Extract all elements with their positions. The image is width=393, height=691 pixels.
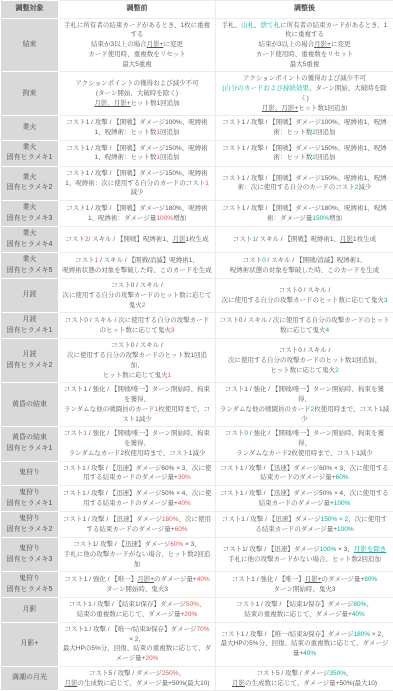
cell-text: (ターン開始、大破時を除く)	[96, 90, 178, 97]
cell-text: コスト1 / 攻撃 / 【唯一/結束3/保存】ダメージ	[64, 626, 196, 633]
target-name: 月影	[4, 605, 55, 616]
cell-line: カード使用時、重複数をリセット	[62, 50, 212, 60]
cell-line: コスト0 / スキル /	[62, 281, 212, 291]
cell-text: の生成数に応じて、ダメージ量+50%(最大10)	[77, 680, 209, 687]
target-name: 業火	[4, 173, 55, 184]
target-cell: 月読	[1, 279, 59, 313]
after-cell: コスト1 / 攻撃 / 【唯一/結束3/保存】ダメージ180% × 2、最大HP…	[216, 622, 393, 666]
cell-text: 、ターン開始、大破時を除く)	[300, 85, 387, 102]
before-cell: コスト1 / 攻撃 / 【開戦】ダメージ150%、呪縛術1、呪縛術：次に使用する…	[59, 166, 216, 200]
cell-line: コスト1 / 強化 / 【開戦/唯一】ターン開始時、拘束を獲得、	[219, 385, 390, 405]
cell-line: コスト1 / 攻撃 / 【開戦】ダメージ180%、呪縛術1、呪縛術：ダメージ量1…	[219, 204, 390, 224]
after-cell: コスト1 / 攻撃 / 【開戦】ダメージ150%、呪縛術1、呪縛術：ヒット数2回…	[216, 140, 393, 166]
cell-line: コスト5 / 攻撃 / ダメージ250%、	[62, 669, 212, 679]
target-cell: 鬼狩り固有ヒラメキ1	[1, 486, 59, 512]
cell-line: 最大5重複	[219, 60, 390, 70]
cell-line: コスト1 / 攻撃 / 【結束1/保存】ダメージ50%、	[62, 600, 212, 610]
cell-text: に変更	[163, 41, 183, 48]
cell-line: 月影、月影+ヒット数1回追加	[62, 99, 212, 109]
cell-text: コスト0 / スキル /	[111, 342, 163, 349]
cell-text: 1	[168, 372, 172, 379]
after-cell: コスト1/ 攻撃 / 【迅速】ダメージ100% × 3、月影を除き手札に他の攻撃…	[216, 538, 393, 572]
target-name: 固有ヒラメキ1	[4, 326, 55, 337]
cell-text: コスト1 / 攻撃 / 【結束1/保存】ダメージ	[236, 601, 353, 608]
target-name: 鬼狩り	[4, 544, 55, 555]
cell-line: カード使用時、重複数をリセット	[219, 50, 390, 60]
cell-text: ランダムな他の戦闘員のカード	[220, 406, 311, 413]
before-cell: コスト0 / スキル /次に使用する自分の攻撃カードのヒット数に応じて鬼火2	[59, 279, 216, 313]
table-row: 満潮の月光コスト5 / 攻撃 / ダメージ250%、月影の生成数に応じて、ダメー…	[1, 666, 393, 691]
cell-text: カード使用時、重複数をリセット	[256, 51, 353, 58]
cell-line: アクションポイントの獲得および減少不可	[62, 79, 212, 89]
card-link[interactable]: 月影+	[147, 41, 164, 48]
cell-line: コスト1 / 攻撃 / 【唯一/結束3/保存】ダメージ180% × 2、	[219, 630, 390, 640]
cell-line: コスト1 / 攻撃 / 【開戦】ダメージ180%、呪縛術1、呪縛術：ダメージ量1…	[62, 204, 212, 224]
target-cell: 業火固有ヒラメキ5	[1, 253, 59, 279]
cell-text: 次に使用する自分の攻撃カードのヒット数1回追加、	[228, 357, 381, 364]
cell-text: 60%	[336, 474, 349, 481]
cell-text: 1	[205, 180, 209, 187]
cell-text: コスト1 / 攻撃 / 【開戦】ダメージ180%、呪縛術1、呪縛術：ダメージ量	[222, 205, 387, 222]
target-name: 固有ヒラメキ5	[4, 266, 55, 277]
before-cell: コスト0 / スキル / 次に使用する自分の攻撃カードのヒット数に応じて鬼火3	[59, 313, 216, 339]
target-name: 月読	[4, 290, 55, 301]
cell-text: コスト1/ 攻撃 / 【迅速】ダメージ	[73, 541, 170, 548]
target-cell: 業火固有ヒラメキ1	[1, 140, 59, 166]
cell-text: 80%	[353, 601, 366, 608]
cell-line: (自分のカードおよび持続効果、ターン開始、大破時を除く)	[219, 84, 390, 104]
cell-text: × 2、	[370, 631, 388, 638]
cell-text: コスト5 / 攻撃 / ダメージ	[89, 670, 162, 677]
cell-text: 20%	[184, 611, 197, 618]
cell-text: コスト1 / 攻撃 / 【迅速】ダメージ	[222, 516, 321, 523]
before-cell: コスト1 / 強化 / 【開戦/唯一】ターン開始時、拘束を獲得、ランダムなカード…	[59, 427, 216, 461]
cell-text: ターン開始時、鬼火3	[106, 586, 168, 593]
cell-text: (自分のカードおよび持続効果	[222, 85, 309, 92]
cell-text: 100%	[320, 546, 337, 553]
cell-text: 20%	[145, 655, 158, 662]
table-row: 月影コスト1 / 攻撃 / 【結束1/保存】ダメージ50%、結束の重複数に応じて…	[1, 598, 393, 623]
before-cell: コスト1 / 攻撃 / 【開戦】ダメージ100%、呪縛術1、呪縛術：ヒット数1回…	[59, 116, 216, 141]
target-cell: 月読固有ヒラメキ2	[1, 339, 59, 383]
cell-text: / スキル / 【開戦】呪縛術1、	[256, 236, 340, 243]
cell-line: コスト1/ 攻撃 / 【迅速】ダメージ60% × 3、	[62, 540, 212, 550]
after-cell: コスト0 / スキル /次に使用する自分の攻撃カードのヒット数に応じて鬼火3	[216, 279, 393, 313]
cell-text: コスト5 / 攻撃 / ダメージ	[257, 670, 330, 677]
target-cell: 鬼狩り	[1, 461, 59, 486]
cell-line: コスト0 / スキル /	[219, 286, 390, 296]
cell-line: コスト1 / 攻撃 / 【開戦】ダメージ100%、呪縛術1、呪縛術：ヒット数2回…	[219, 118, 390, 138]
cell-line: コスト1 / 攻撃 / 【迅速】ダメージ50% × 4、次に使用する結束カードの…	[219, 489, 390, 509]
cell-text: ターン開始時、鬼火3	[274, 586, 336, 593]
cell-text: 回追加	[316, 129, 336, 136]
cell-line: 結束が3以上の場合月影+に変更	[219, 40, 390, 50]
cell-line: コスト0 / スキル / 【開戦/消滅】呪縛術1、	[219, 256, 390, 266]
cell-text: 手札に所有者の結束カードがあるとき、1枚に重複する	[64, 22, 210, 39]
target-name: 黄昏の結束	[4, 400, 55, 411]
cell-line: ランダムな他の戦闘員のカード2枚使用時まで、コスト1減少	[219, 405, 390, 425]
cell-line: 手札に所有者の結束カードがあるとき、1枚に重複する	[62, 21, 212, 41]
cell-text: 80%	[364, 576, 377, 583]
target-cell: 黄昏の結束	[1, 383, 59, 427]
before-cell: コスト1 / 強化 / 【唯一】月影+のダメージ量+40%ターン開始時、鬼火3	[59, 572, 216, 598]
cell-text: 3	[384, 297, 388, 304]
cell-text: コスト0 / スキル /	[279, 287, 331, 294]
cell-line: 結束が3以上の場合月影+に変更	[62, 40, 212, 50]
cell-line: コスト1 / 攻撃 / 【唯一/結束3/保存】ダメージ70% × 2、	[62, 625, 212, 645]
cell-line: 結束の重複数に応じて、ダメージ量+40%	[219, 610, 390, 620]
card-link[interactable]: 月影	[232, 680, 245, 687]
cell-text: コスト1 / 強化 / 【開戦/唯一】ターン開始時、拘束を獲得、	[64, 386, 210, 403]
header-adjust-target: 調整対象	[1, 1, 59, 19]
cell-line: コスト1 / 強化 / 【唯一】月影+のダメージ量+80%	[219, 575, 390, 585]
cell-line: 次に使用する自分の攻撃カードのヒット数に応じて鬼火2	[62, 291, 212, 311]
cell-text: × 3、	[336, 546, 354, 553]
cell-text: 手札、	[222, 22, 242, 29]
before-cell: コスト1 / 攻撃 / 【開戦】ダメージ150%、呪縛術1、呪縛術：ヒット数1回…	[59, 140, 216, 166]
before-cell: コスト1 / スキル / 【開戦/消滅】呪縛術1、呪縛術状態の対象を撃破した時、…	[59, 253, 216, 279]
cell-text: コスト1 / 攻撃 / 【開戦】ダメージ180%、呪縛術1、呪縛術：ダメージ量	[66, 205, 207, 222]
cell-text: コスト	[233, 236, 253, 243]
cell-text: 手札に他の攻撃カードがない場合、ヒット数2回追加	[228, 556, 381, 563]
target-name: 鬼狩り	[4, 488, 55, 499]
cell-text: コスト	[64, 430, 84, 437]
cell-text: 増加	[173, 215, 186, 222]
cell-text: コスト0 / スキル /	[279, 347, 331, 354]
cell-line: コスト1 / 攻撃 / 【迅速】ダメージ60% × 3、次に使用する結束カードの…	[219, 464, 390, 484]
cell-text: / スキル / 【開戦/消滅】呪縛術1、	[266, 257, 367, 264]
cell-text: 100%	[156, 215, 173, 222]
table-row: 鬼狩り固有ヒラメキ1コスト1 / 攻撃 / 【迅速】ダメージ50% × 4、次に…	[1, 486, 393, 512]
table-row: 月読固有ヒラメキ2コスト0 / スキル /次に使用する自分の攻撃カードのヒット数…	[1, 339, 393, 383]
target-name: 固有ヒラメキ2	[4, 525, 55, 536]
card-link[interactable]: 月影、月影+	[262, 105, 298, 112]
table-row: 業火固有ヒラメキ2コスト1 / 攻撃 / 【開戦】ダメージ150%、呪縛術1、呪…	[1, 166, 393, 200]
cell-text: 最大HPの5%分、回復、結束の重複数に応じて、ダメージ量+	[63, 645, 211, 662]
target-name: 固有ヒラメキ1	[4, 499, 55, 510]
before-cell: コスト1 / 攻撃 / 【結束1/保存】ダメージ50%、結束の重複数に応じて、ダ…	[59, 598, 216, 623]
cell-text: 40%	[303, 650, 316, 657]
before-cell: アクションポイントの獲得および減少不可(ターン開始、大破時を除く)月影、月影+ヒ…	[59, 72, 216, 116]
table-row: 業火固有ヒラメキ3コスト1 / 攻撃 / 【開戦】ダメージ180%、呪縛術1、呪…	[1, 201, 393, 227]
after-cell: コスト5 / 攻撃 / ダメージ350%、月影の生成数に応じて、ダメージ量+50…	[216, 666, 393, 691]
cell-text: × 2、	[129, 636, 145, 643]
cell-text: 150%	[312, 215, 329, 222]
table-row: 鬼狩り固有ヒラメキ5コスト1 / 強化 / 【唯一】月影+のダメージ量+40%タ…	[1, 572, 393, 598]
adjustment-table: 調整対象 調整前 調整後 結束手札に所有者の結束カードがあるとき、1枚に重複する…	[0, 0, 393, 691]
cell-text: 180%	[162, 516, 179, 523]
before-cell: コスト1 / 攻撃 / 【迅速】ダメージ50% × 4、次に使用する結束カードの…	[59, 486, 216, 512]
cell-line: コスト0 / スキル / 次に使用する自分の攻撃カードのヒット数に応じて鬼火3	[62, 316, 212, 336]
cell-line: 最大HPの5%分、回復、結束の重複数に応じて、ダメージ量+20%	[62, 644, 212, 664]
cell-text: 回追加	[160, 154, 180, 161]
cell-line: コスト1 / 攻撃 / 【開戦】ダメージ100%、呪縛術1、呪縛術：ヒット数1回…	[62, 118, 212, 138]
cell-text: コスト1 / 攻撃 / 【開戦】ダメージ100%、呪縛術1、呪縛術：ヒット数	[222, 119, 387, 136]
cell-text: コスト1 / 攻撃 / 【迅速】ダメージ	[63, 516, 162, 523]
cell-text: 山札、捨て札	[241, 22, 280, 29]
table-row: 結束手札に所有者の結束カードがあるとき、1枚に重複する結束が3以上の場合月影+に…	[1, 18, 393, 72]
cell-line: 月影の生成数に応じて、ダメージ量+50%(最大10)	[62, 679, 212, 689]
table-row: 業火固有ヒラメキ1コスト1 / 攻撃 / 【開戦】ダメージ150%、呪縛術1、呪…	[1, 140, 393, 166]
cell-text: ランダムなカード2枚使用時まで、コスト1減少	[69, 450, 206, 457]
cell-line: 最大5重複	[62, 60, 212, 70]
target-name: 業火	[4, 123, 55, 134]
after-cell: コスト0 / スキル /次に使用する自分の攻撃カードのヒット数1回追加、ヒット数…	[216, 339, 393, 383]
cell-text: 最大5重複	[122, 61, 152, 68]
cell-line: ヒット数に応じて鬼火2	[219, 366, 390, 376]
cell-text: 結束の重複数に応じて、ダメージ量+	[244, 611, 352, 618]
before-cell: コスト1 / 強化 / 【開戦/唯一】ターン開始時、拘束を獲得、ランダムな他の戦…	[59, 383, 216, 427]
before-cell: コスト0 / スキル /次に使用する自分の攻撃カードのヒット数1回追加、ヒット数…	[59, 339, 216, 383]
target-cell: 満潮の月光	[1, 666, 59, 691]
before-cell: コスト1 / 攻撃 / 【迅速】ダメージ180%、次に使用する結束カードのダメー…	[59, 512, 216, 538]
table-row: 月読コスト0 / スキル /次に使用する自分の攻撃カードのヒット数に応じて鬼火2…	[1, 279, 393, 313]
cell-line: コスト1 / スキル / 【開戦/消滅】呪縛術1、	[62, 256, 212, 266]
target-name: 鬼狩り	[4, 468, 55, 479]
cell-line: コスト1 / 強化 / 【開戦/唯一】ターン開始時、拘束を獲得、	[62, 385, 212, 405]
cell-text: コスト	[65, 236, 85, 243]
cell-line: コスト0 / 強化 / 【開戦/唯一】ターン開始時、拘束を獲得、	[219, 429, 390, 449]
cell-text: 増加	[329, 215, 342, 222]
cell-line: コスト2/ スキル / 【開戦】呪縛術1、月影1枚生成	[62, 235, 212, 245]
cell-text: 枚使用時まで、コスト1減少	[301, 406, 389, 423]
cell-text: 250%	[162, 670, 179, 677]
after-cell: アクションポイントの獲得および減少不可(自分のカードおよび持続効果、ターン開始、…	[216, 72, 393, 116]
cell-text: / スキル / 【開戦】呪縛術1、	[88, 236, 172, 243]
cell-line: 手札、山札、捨て札に所有者の結束カードがあるとき、1枚に重複する	[219, 21, 390, 41]
cell-text: 、	[199, 601, 206, 608]
cell-text: 30%	[178, 474, 191, 481]
target-name: 拘束	[4, 89, 55, 100]
table-row: 業火固有ヒラメキ4コスト2/ スキル / 【開戦】呪縛術1、月影1枚生成コスト1…	[1, 227, 393, 253]
table-row: 黄昏の結束固有ヒラメキ1コスト1 / 強化 / 【開戦/唯一】ターン開始時、拘束…	[1, 427, 393, 461]
target-name: 月読	[4, 350, 55, 361]
cell-text: 呪縛術状態の対象を撃破した時、このカードを生成	[62, 267, 212, 274]
cell-text: 回追加	[316, 154, 336, 161]
cell-text: ランダムなカード2枚使用時まで、コスト1減少	[236, 450, 373, 457]
cell-text: 100%	[337, 526, 354, 533]
after-cell: コスト1 / 攻撃 / 【迅速】ダメージ150% × 2、次に使用する結束カード…	[216, 512, 393, 538]
cell-text: アクションポイントの獲得および減少不可	[75, 80, 198, 87]
target-name: 業火	[4, 255, 55, 266]
cell-text: 3	[171, 327, 175, 334]
before-cell: コスト1/ 攻撃 / 【迅速】ダメージ60% × 3、手札に他の攻撃カードがない…	[59, 538, 216, 572]
after-cell: コスト0 / スキル / 次に使用する自分の攻撃カードのヒット数に応じて鬼火4	[216, 313, 393, 339]
card-link[interactable]: 月影	[340, 236, 353, 243]
cell-text: 最大5重複	[290, 61, 320, 68]
cell-line: 次に使用する自分の攻撃カードのヒット数に応じて鬼火3	[219, 296, 390, 306]
target-cell: 結束	[1, 18, 59, 72]
target-name: 固有ヒラメキ3	[4, 214, 55, 225]
before-cell: コスト1 / 攻撃 / 【迅速】ダメージ60% × 3、次に使用する結束カードの…	[59, 461, 216, 486]
cell-text: コスト	[225, 430, 245, 437]
target-name: 満潮の月光	[4, 673, 55, 684]
cell-text: × 3、	[183, 541, 201, 548]
cell-line: コスト0 / スキル / 次に使用する自分の攻撃カードのヒット数に応じて鬼火4	[219, 316, 390, 336]
cell-text: 結束が3以上の場合	[91, 41, 147, 48]
cell-line: コスト1 / 攻撃 / 【迅速】ダメージ50% × 4、次に使用する結束カードの…	[62, 489, 212, 509]
target-cell: 業火固有ヒラメキ4	[1, 227, 59, 253]
cell-text: ヒット数に応じて鬼火	[270, 367, 335, 374]
target-cell: 業火固有ヒラメキ2	[1, 166, 59, 200]
cell-text: のダメージ量+	[322, 576, 365, 583]
after-cell: コスト1 / 攻撃 / 【迅速】ダメージ60% × 3、次に使用する結束カードの…	[216, 461, 393, 486]
cell-line: コスト0 / スキル /	[62, 341, 212, 351]
cell-text: / スキル / 【開戦/消滅】呪縛術1、	[98, 257, 199, 264]
target-cell: 月影+	[1, 622, 59, 666]
cell-text: ヒット数に応じて鬼火	[103, 372, 168, 379]
cell-line: コスト1 / 攻撃 / 【迅速】ダメージ60% × 3、次に使用する結束カードの…	[62, 464, 212, 484]
cell-text: コスト1 / 攻撃 / 【開戦】ダメージ150%、呪縛術1、呪縛術：ヒット数	[66, 145, 207, 162]
card-link[interactable]: 月影、月影+	[94, 100, 130, 107]
after-cell: コスト1/ スキル / 【開戦】呪縛術1、月影1枚生成	[216, 227, 393, 253]
target-name: 固有ヒラメキ2	[4, 361, 55, 372]
cell-line: ランダムなカード2枚使用時まで、コスト1減少	[219, 449, 390, 459]
after-cell: コスト0 / スキル / 【開戦/消滅】呪縛術1、呪縛術状態の対象を撃破した時、…	[216, 253, 393, 279]
cell-line: コスト1 / 攻撃 / 【開戦】ダメージ150%、呪縛術1、呪縛術：次に使用する…	[219, 174, 390, 194]
cell-text: 結束の重複数に応じて、ダメージ量+	[77, 611, 185, 618]
cell-text: 4	[325, 327, 329, 334]
cell-text: に変更	[331, 41, 351, 48]
after-cell: コスト1 / 強化 / 【唯一】月影+のダメージ量+80%ターン開始時、鬼火3	[216, 572, 393, 598]
cell-line: 次に使用する自分の攻撃カードのヒット数1回追加、	[219, 356, 390, 366]
cell-text: / 強化 / 【開戦/唯一】ターン開始時、拘束を獲得、	[248, 430, 384, 447]
cell-text: 150% × 2	[321, 516, 349, 523]
cell-text: / 強化 / 【開戦/唯一】ターン開始時、拘束を獲得、	[87, 430, 210, 447]
cell-text: コスト1 / 攻撃 / 【迅速】ダメージ50% × 4、次に使用する結束カードの…	[220, 490, 388, 507]
cell-text: 、	[178, 670, 185, 677]
card-link[interactable]: 月影+	[314, 41, 331, 48]
cell-line: 呪縛術状態の対象を撃破した時、このカードを生成	[62, 266, 212, 276]
table-row: 拘束アクションポイントの獲得および減少不可(ターン開始、大破時を除く)月影、月影…	[1, 72, 393, 116]
target-name: 月読	[4, 315, 55, 326]
cell-text: コスト1 / 強化 / 【開戦/唯一】ターン開始時、拘束を獲得、	[225, 386, 384, 403]
cell-line: コスト1/ スキル / 【開戦】呪縛術1、月影1枚生成	[219, 235, 390, 245]
after-cell: コスト1 / 攻撃 / 【開戦】ダメージ180%、呪縛術1、呪縛術：ダメージ量1…	[216, 201, 393, 227]
cell-text: 1枚生成	[186, 236, 209, 243]
before-cell: コスト5 / 攻撃 / ダメージ250%、月影の生成数に応じて、ダメージ量+50…	[59, 666, 216, 691]
target-name: 結束	[4, 40, 55, 51]
cell-line: コスト1 / 攻撃 / 【開戦】ダメージ150%、呪縛術1、呪縛術：次に使用する…	[62, 169, 212, 198]
table-header: 調整対象 調整前 調整後	[1, 1, 393, 19]
cell-line: 月影の生成数に応じて、ダメージ量+50%(最大10)	[219, 679, 390, 689]
table-row: 鬼狩りコスト1 / 攻撃 / 【迅速】ダメージ60% × 3、次に使用する結束カ…	[1, 461, 393, 486]
table-row: 鬼狩り固有ヒラメキ2コスト1 / 攻撃 / 【迅速】ダメージ180%、次に使用す…	[1, 512, 393, 538]
cell-line: ターン開始時、鬼火3	[62, 585, 212, 595]
target-name: 固有ヒラメキ4	[4, 240, 55, 251]
table-row: 黄昏の結束コスト1 / 強化 / 【開戦/唯一】ターン開始時、拘束を獲得、ランダ…	[1, 383, 393, 427]
cell-text: 次に使用する自分の攻撃カードのヒット数に応じて鬼火	[222, 297, 384, 304]
cell-text: コスト1 / 攻撃 / 【開戦】ダメージ150%、呪縛術1、呪縛術：次に使用する…	[65, 170, 208, 187]
cell-text: 手札に他の攻撃カードがない場合、ヒット数2回追加	[64, 551, 210, 568]
after-cell: コスト0 / 強化 / 【開戦/唯一】ターン開始時、拘束を獲得、ランダムなカード…	[216, 427, 393, 461]
cell-line: (ターン開始、大破時を除く)	[62, 89, 212, 99]
target-name: 業火	[4, 203, 55, 214]
cell-text: ヒット数1回追加	[131, 100, 180, 107]
cell-line: コスト1 / 攻撃 / 【迅速】ダメージ180%、次に使用する結束カードのダメー…	[62, 515, 212, 535]
table-row: 月読固有ヒラメキ1コスト0 / スキル / 次に使用する自分の攻撃カードのヒット…	[1, 313, 393, 339]
cell-text: コスト1 / 攻撃 / 【迅速】ダメージ60% × 3、次に使用する結束カードの…	[220, 465, 388, 482]
target-name: 固有ヒラメキ2	[4, 183, 55, 194]
cell-line: ターン開始時、鬼火3	[219, 585, 390, 595]
cell-text: 次に使用する自分の攻撃カードのヒット数1回追加、	[67, 352, 207, 369]
cell-line: 手札に他の攻撃カードがない場合、ヒット数2回追加	[219, 555, 390, 565]
card-link[interactable]: 月影+	[137, 576, 154, 583]
cell-text: 70%	[197, 626, 210, 633]
cell-line: コスト1 / 攻撃 / 【開戦】ダメージ150%、呪縛術1、呪縛術：ヒット数1回…	[62, 144, 212, 164]
card-link[interactable]: 月影+	[305, 576, 322, 583]
card-link[interactable]: 月影を除き	[354, 546, 387, 553]
card-link[interactable]: 月影	[64, 680, 77, 687]
cell-line: アクションポイントの獲得および減少不可	[219, 74, 390, 84]
cell-line: コスト5 / 攻撃 / ダメージ350%、	[219, 669, 390, 679]
cell-line: コスト0 / スキル /	[219, 346, 390, 356]
card-link[interactable]: 月影	[173, 236, 186, 243]
table-row: 鬼狩り固有ヒラメキ3コスト1/ 攻撃 / 【迅速】ダメージ60% × 3、手札に…	[1, 538, 393, 572]
after-cell: コスト1 / 攻撃 / 【開戦】ダメージ150%、呪縛術1、呪縛術：次に使用する…	[216, 166, 393, 200]
table-body: 結束手札に所有者の結束カードがあるとき、1枚に重複する結束が3以上の場合月影+に…	[1, 18, 393, 691]
cell-text: 50%	[186, 601, 199, 608]
cell-line: ヒット数に応じて鬼火1	[62, 371, 212, 381]
after-cell: コスト1 / 攻撃 / 【開戦】ダメージ100%、呪縛術1、呪縛術：ヒット数2回…	[216, 116, 393, 141]
table-row: 業火コスト1 / 攻撃 / 【開戦】ダメージ100%、呪縛術1、呪縛術：ヒット数…	[1, 116, 393, 141]
cell-line: コスト1/ 攻撃 / 【迅速】ダメージ100% × 3、月影を除き	[219, 545, 390, 555]
target-cell: 鬼狩り固有ヒラメキ5	[1, 572, 59, 598]
cell-text: ランダムな他の戦闘員のカード	[64, 406, 155, 413]
before-cell: コスト1 / 攻撃 / 【唯一/結束3/保存】ダメージ70% × 2、最大HPの…	[59, 622, 216, 666]
cell-line: ランダムなカード2枚使用時まで、コスト1減少	[62, 449, 212, 459]
cell-text: 1枚生成	[353, 236, 376, 243]
cell-text: 、	[366, 601, 373, 608]
cell-text: コスト0 / スキル / 次に使用する自分の攻撃カードのヒット数に応じて鬼火	[219, 317, 389, 334]
target-cell: 業火固有ヒラメキ3	[1, 201, 59, 227]
cell-text: 60%	[170, 541, 183, 548]
target-name: 鬼狩り	[4, 514, 55, 525]
table-row: 月影+コスト1 / 攻撃 / 【唯一/結束3/保存】ダメージ70% × 2、最大…	[1, 622, 393, 666]
header-after: 調整後	[216, 1, 393, 19]
cell-line: ランダムな他の戦闘員のカード1枚使用時まで、コスト1減少	[62, 405, 212, 425]
target-cell: 拘束	[1, 72, 59, 116]
target-name: 業火	[4, 143, 55, 154]
before-cell: コスト1 / 攻撃 / 【開戦】ダメージ180%、呪縛術1、呪縛術：ダメージ量1…	[59, 201, 216, 227]
cell-text: に所有者の結束カードがあるとき、1枚に重複する	[280, 22, 387, 39]
cell-text: コスト1 / 攻撃 / 【結束1/保存】ダメージ	[69, 601, 186, 608]
cell-text: 60%	[175, 526, 188, 533]
cell-text: アクションポイントの獲得および減少不可	[243, 75, 366, 82]
cell-text: コスト1/ 攻撃 / 【迅速】ダメージ	[223, 546, 320, 553]
cell-text: の生成数に応じて、ダメージ量+50%(最大10)	[245, 680, 377, 687]
cell-line: コスト1 / 攻撃 / 【開戦】ダメージ150%、呪縛術1、呪縛術：ヒット数2回…	[219, 144, 390, 164]
target-name: 黄昏の結束	[4, 433, 55, 444]
cell-text: 回追加	[160, 129, 180, 136]
cell-text: コスト0 / スキル / 次に使用する自分の攻撃カードのヒット数に応じて鬼火	[65, 317, 209, 334]
cell-text: ヒット数1回追加	[298, 105, 347, 112]
cell-text: のダメージ量+	[154, 576, 197, 583]
target-cell: 鬼狩り固有ヒラメキ2	[1, 512, 59, 538]
cell-line: 月影、月影+ヒット数1回追加	[219, 104, 390, 114]
target-name: 業火	[4, 229, 55, 240]
after-cell: コスト1 / 強化 / 【開戦/唯一】ターン開始時、拘束を獲得、ランダムな他の戦…	[216, 383, 393, 427]
cell-text: コスト	[75, 257, 95, 264]
cell-line: コスト1 / 強化 / 【唯一】月影+のダメージ量+40%	[62, 575, 212, 585]
after-cell: コスト1 / 攻撃 / 【迅速】ダメージ50% × 4、次に使用する結束カードの…	[216, 486, 393, 512]
cell-text: 40%	[352, 611, 365, 618]
cell-text: コスト0 / スキル /	[111, 282, 163, 289]
cell-line: コスト1 / 攻撃 / 【迅速】ダメージ150% × 2、次に使用する結束カード…	[219, 515, 390, 535]
target-name: 固有ヒラメキ1	[4, 444, 55, 455]
cell-text: 180%	[353, 631, 370, 638]
target-name: 鬼狩り	[4, 574, 55, 585]
